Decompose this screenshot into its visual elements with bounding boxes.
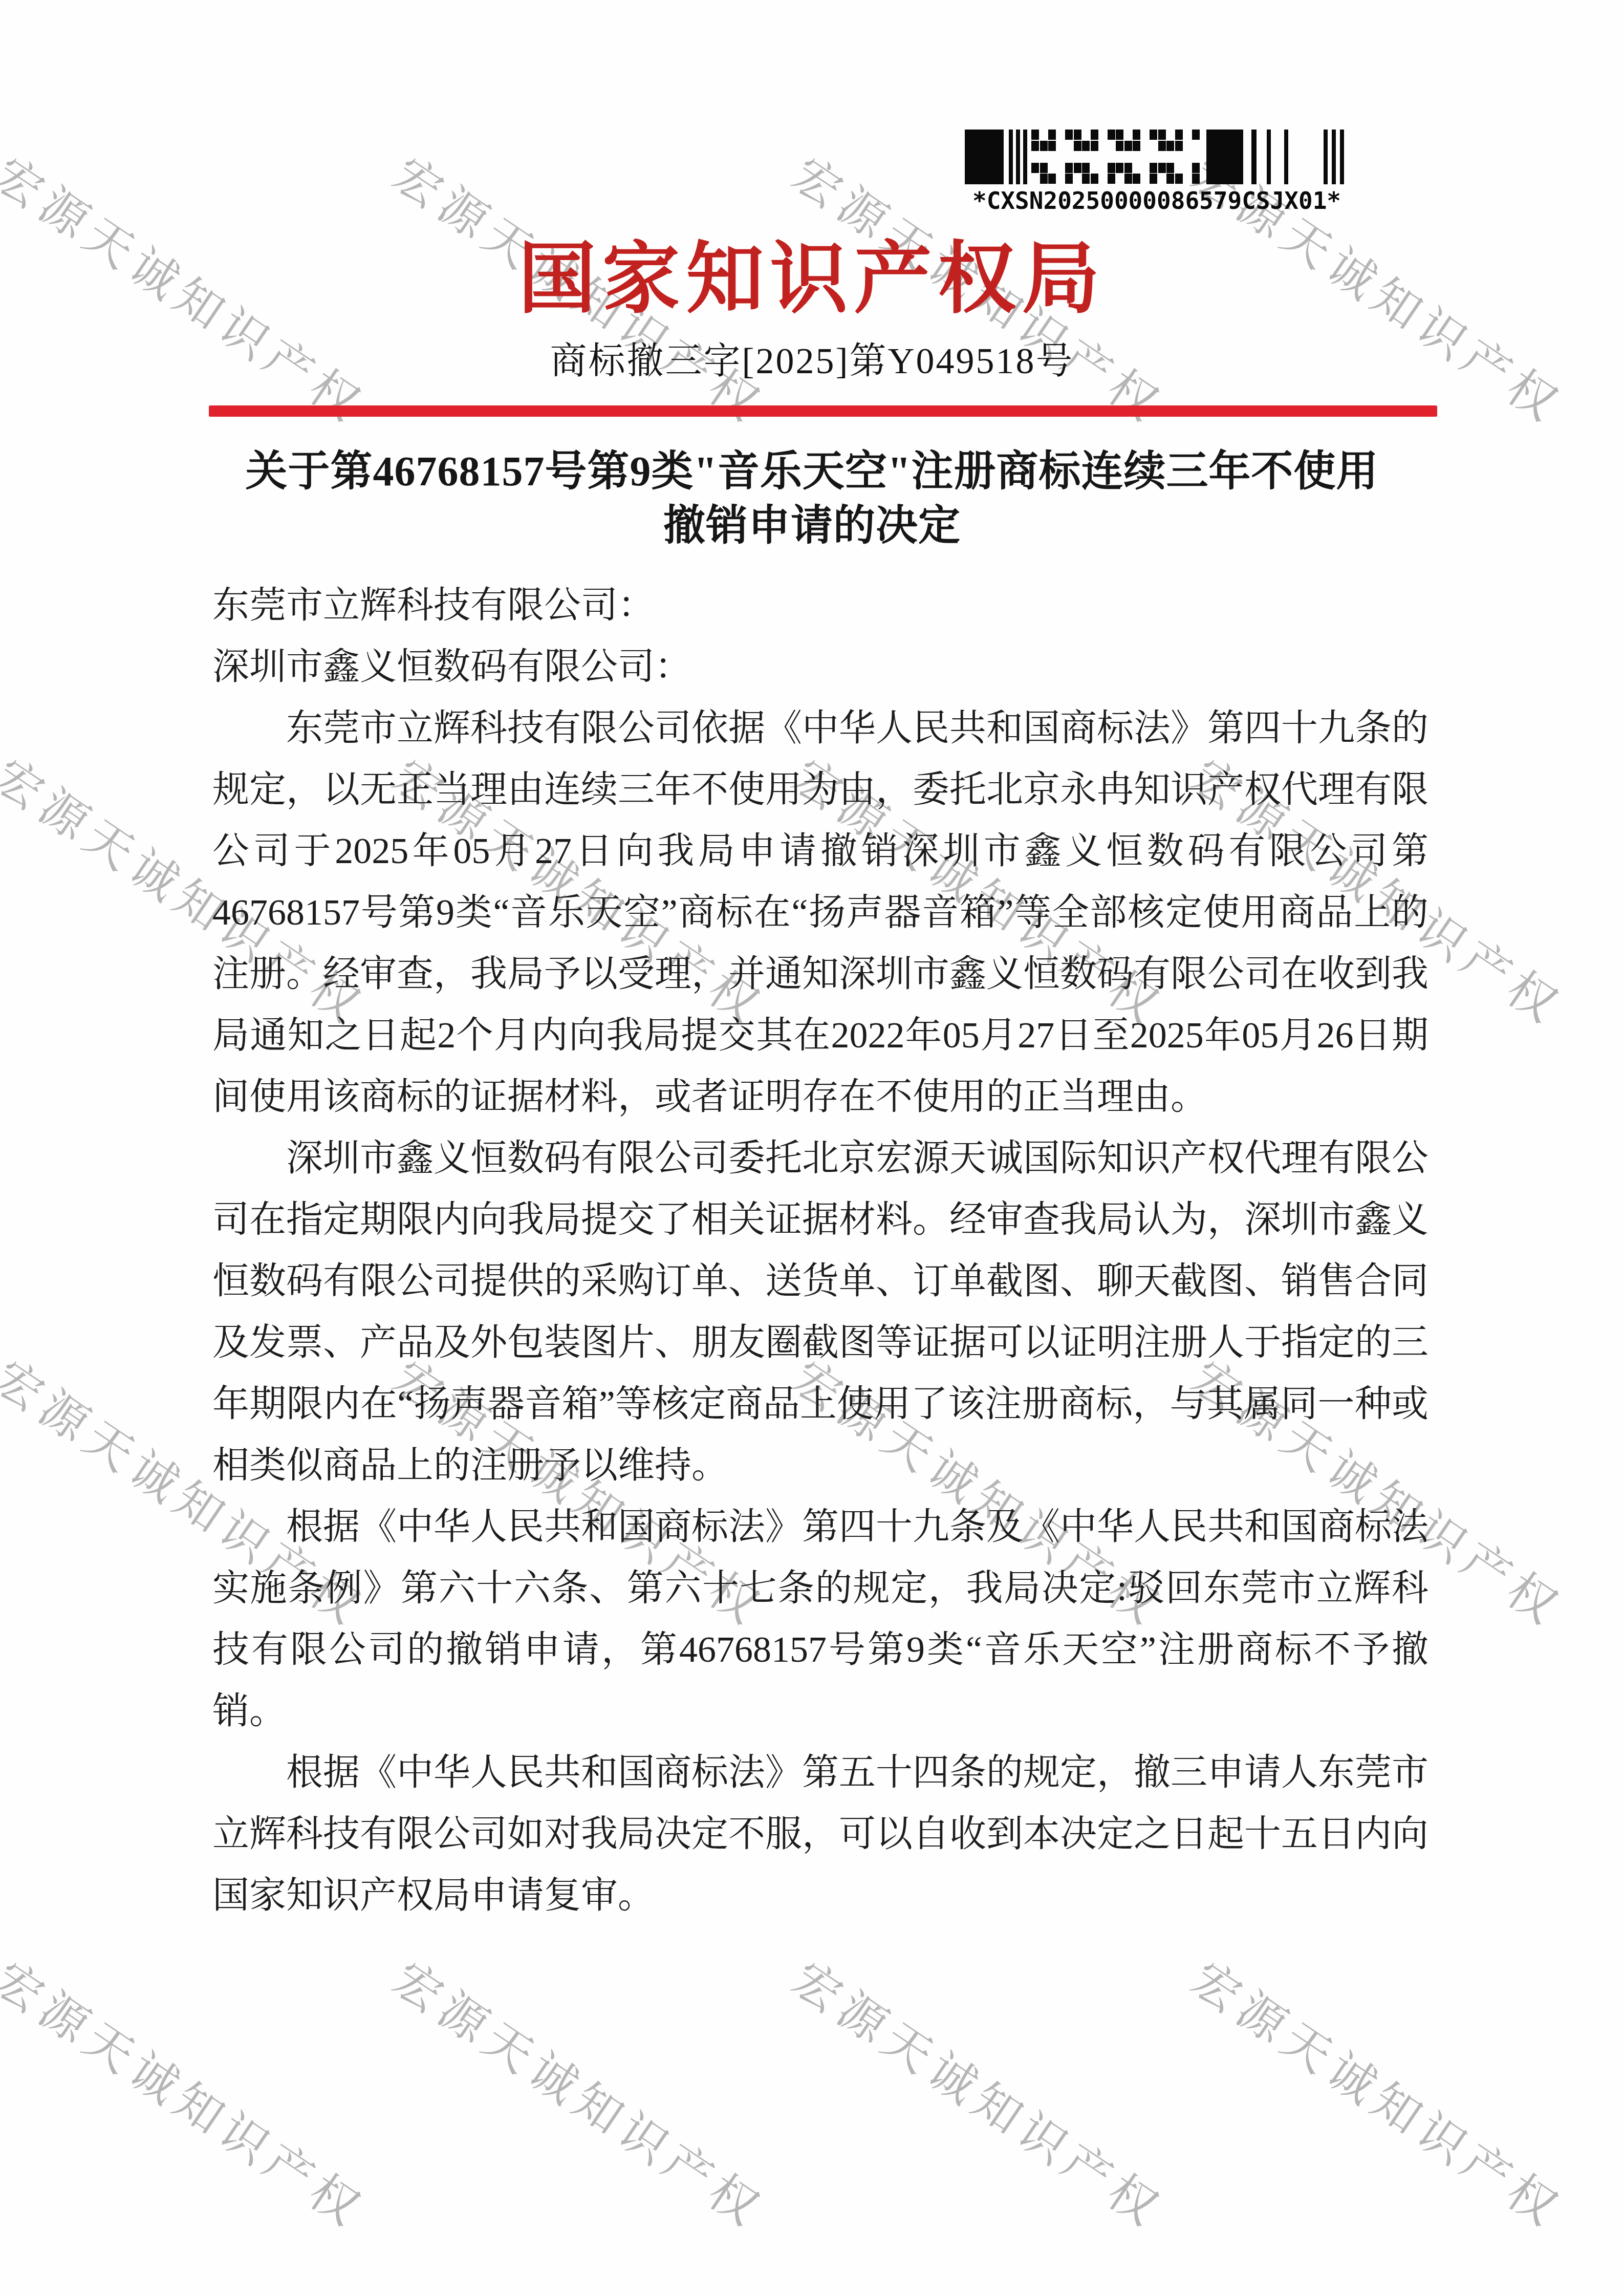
barcode-bar bbox=[1332, 130, 1336, 184]
recipient-1: 东莞市立辉科技有限公司： bbox=[212, 574, 1428, 636]
barcode-noise-cell bbox=[1040, 141, 1048, 151]
barcode-noise-cell bbox=[1082, 163, 1090, 173]
barcode-bar bbox=[1284, 130, 1288, 184]
barcode-noise-cell bbox=[1048, 130, 1056, 140]
document-body: 东莞市立辉科技有限公司： 深圳市鑫义恒数码有限公司： 东莞市立辉科技有限公司依据… bbox=[212, 574, 1428, 1926]
barcode-bars-image bbox=[965, 130, 1349, 184]
barcode-noise-cell bbox=[1192, 130, 1200, 140]
barcode-noise-cell bbox=[1192, 174, 1200, 184]
barcode-noise-cell bbox=[1158, 163, 1166, 173]
barcode-noise-cell bbox=[1031, 163, 1039, 173]
barcode-noise-cell bbox=[1133, 130, 1140, 140]
red-divider-rule bbox=[209, 405, 1437, 417]
barcode-noise-cell bbox=[1082, 174, 1090, 184]
barcode-bar bbox=[1267, 130, 1271, 184]
barcode-noise-cell bbox=[1192, 163, 1200, 173]
barcode-noise-cell bbox=[1031, 130, 1039, 140]
barcode-noise-cell bbox=[1124, 174, 1132, 184]
barcode-noise-cell bbox=[1074, 141, 1081, 151]
barcode-noise-cell bbox=[1108, 174, 1115, 184]
barcode-noise-cell bbox=[1048, 174, 1056, 184]
body-paragraph-2: 深圳市鑫义恒数码有限公司委托北京宏源天诚国际知识产权代理有限公司在指定期限内向我… bbox=[212, 1127, 1428, 1496]
barcode-bar bbox=[1206, 130, 1243, 184]
barcode-noise-cell bbox=[1091, 174, 1098, 184]
body-paragraph-1: 东莞市立辉科技有限公司依据《中华人民共和国商标法》第四十九条的规定，以无正当理由… bbox=[212, 697, 1428, 1127]
agency-title: 国家知识产权局 bbox=[0, 233, 1624, 326]
barcode-noise-cell bbox=[1150, 130, 1157, 140]
barcode-noise-cell bbox=[1133, 174, 1140, 184]
barcode-bar bbox=[1251, 130, 1257, 184]
barcode-noise-cell bbox=[1040, 174, 1048, 184]
barcode-noise-cell bbox=[1031, 141, 1039, 151]
barcode-noise-cell bbox=[1124, 163, 1132, 173]
barcode-noise-cell bbox=[1040, 163, 1048, 173]
barcode-noise-cell bbox=[1116, 163, 1123, 173]
barcode-noise-cell bbox=[1175, 141, 1183, 151]
barcode-noise-cell bbox=[1166, 163, 1174, 173]
barcode-noise-cell bbox=[1108, 163, 1115, 173]
doc-number: 商标撤三字[2025]第Y049518号 bbox=[0, 339, 1624, 383]
barcode-noise-cell bbox=[1150, 174, 1157, 184]
barcode-noise-cell bbox=[1116, 130, 1123, 140]
barcode-noise-cell bbox=[1082, 141, 1090, 151]
document-content: *CXSN20250000086579CSJX01* 国家知识产权局 商标撤三字… bbox=[0, 0, 1624, 2296]
barcode-noise-cell bbox=[1116, 141, 1123, 151]
barcode-text: *CXSN20250000086579CSJX01* bbox=[965, 187, 1349, 214]
barcode-noise-cell bbox=[1065, 174, 1073, 184]
barcode-noise-cell bbox=[1158, 141, 1166, 151]
barcode: *CXSN20250000086579CSJX01* bbox=[965, 130, 1349, 219]
recipient-2: 深圳市鑫义恒数码有限公司： bbox=[212, 636, 1428, 697]
barcode-noise-cell bbox=[1065, 130, 1073, 140]
barcode-noise-cell bbox=[1175, 130, 1183, 140]
barcode-noise-cell bbox=[1091, 141, 1098, 151]
barcode-noise-cell bbox=[1108, 130, 1115, 140]
barcode-noise-cell bbox=[1074, 163, 1081, 173]
barcode-noise-cell bbox=[1133, 141, 1140, 151]
barcode-noise-cell bbox=[1065, 163, 1073, 173]
barcode-bar bbox=[1324, 130, 1328, 184]
barcode-noise-cell bbox=[1074, 130, 1081, 140]
document-page: 宏源天诚知识产权宏源天诚知识产权宏源天诚知识产权宏源天诚知识产权宏源天诚知识产权… bbox=[0, 0, 1624, 2296]
barcode-noise-cell bbox=[1124, 141, 1132, 151]
barcode-bar bbox=[1016, 130, 1020, 184]
barcode-bar bbox=[1009, 130, 1013, 184]
body-paragraph-3: 根据《中华人民共和国商标法》第四十九条及《中华人民共和国商标法实施条例》第六十六… bbox=[212, 1496, 1428, 1742]
barcode-noise-cell bbox=[1091, 130, 1098, 140]
barcode-noise-cell bbox=[1175, 174, 1183, 184]
barcode-bar bbox=[965, 130, 1004, 184]
barcode-noise-cell bbox=[1166, 141, 1174, 151]
subject-title: 关于第46768157号第9类"音乐天空"注册商标连续三年不使用 撤销申请的决定 bbox=[0, 444, 1624, 553]
barcode-noise-cell bbox=[1048, 141, 1056, 151]
barcode-noise-cell bbox=[1158, 130, 1166, 140]
barcode-bar bbox=[1340, 130, 1344, 184]
subject-line-1: 关于第46768157号第9类"音乐天空"注册商标连续三年不使用 bbox=[0, 444, 1624, 499]
subject-line-2: 撤销申请的决定 bbox=[0, 499, 1624, 553]
barcode-noise-cell bbox=[1150, 163, 1157, 173]
barcode-noise-cell bbox=[1166, 174, 1174, 184]
body-paragraph-4: 根据《中华人民共和国商标法》第五十四条的规定，撤三申请人东莞市立辉科技有限公司如… bbox=[212, 1742, 1428, 1926]
barcode-bar bbox=[1023, 130, 1027, 184]
